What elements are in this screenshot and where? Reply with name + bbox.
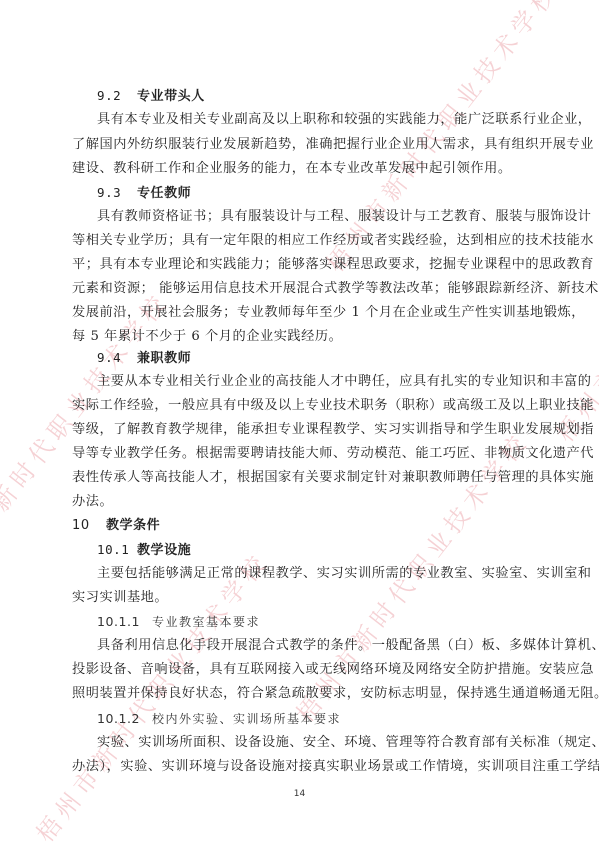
section-number: 9.2 — [97, 88, 137, 104]
paragraph-line: 实验、实训场所面积、设备设施、安全、环境、管理等符合教育部有关标准（规定、 — [97, 735, 532, 751]
section-number: 9.4 — [97, 350, 137, 366]
paragraph-line: 实际工作经验，一般应具有中级及以上专业技术职务（职称）或高级工及以上职业技能 — [72, 398, 532, 414]
section-title: 校内外实验、实训场所基本要求 — [152, 712, 341, 726]
section-heading: 9.4兼职教师 — [97, 350, 557, 367]
paragraph-line: 表性传承人等高技能人才，根据国家有关要求制定针对兼职教师聘任与管理的具体实施 — [72, 470, 532, 486]
section-number: 10 — [72, 518, 106, 534]
page-number: 14 — [0, 789, 599, 799]
section-title: 专业教室基本要求 — [152, 615, 260, 629]
paragraph-line: 实习实训基地。 — [72, 590, 532, 606]
section-title: 教学条件 — [106, 518, 160, 533]
paragraph-line: 主要从本专业相关行业企业的高技能人才中聘任，应具有扎实的专业知识和丰富的 — [97, 374, 532, 390]
section-heading: 10教学条件 — [72, 518, 532, 534]
paragraph-line: 导等专业教学任务。根据需要聘请技能大师、劳动模范、能工巧匠、非物质文化遗产代 — [72, 446, 532, 462]
document-page: 梧州市新时代职业技术学校梧州市新时代职业技术学校梧州市新时代职业技术学校梧州市新… — [0, 0, 599, 848]
section-heading: 9.2专业带头人 — [97, 88, 557, 105]
section-title: 教学设施 — [137, 543, 191, 558]
paragraph-line: 发展前沿，开展社会服务；专业教师每年至少 1 个月在企业或生产性实训基地锻炼， — [72, 305, 532, 321]
paragraph-line: 具有教师资格证书；具有服装设计与工程、服装设计与工艺教育、服装与服饰设计 — [97, 209, 532, 225]
paragraph-line: 平；具有本专业理论和实践能力；能够落实课程思政要求，挖掘专业课程中的思政教育 — [72, 257, 532, 273]
paragraph-line: 每 5 年累计不少于 6 个月的企业实践经历。 — [72, 329, 532, 345]
section-heading: 10.1教学设施 — [97, 542, 557, 559]
section-heading: 10.1.2校内外实验、实训场所基本要求 — [97, 711, 557, 727]
section-title: 兼职教师 — [137, 351, 191, 366]
section-title: 专任教师 — [137, 186, 191, 201]
paragraph-line: 照明装置并保持良好状态，符合紧急疏散要求，安防标志明显，保持逃生通道畅通无阻。 — [72, 686, 532, 702]
section-number: 10.1.2 — [97, 711, 152, 727]
paragraph-line: 等级，了解教育教学规律，能承担专业课程教学、实习实训指导和学生职业发展规划指 — [72, 422, 532, 438]
section-number: 10.1.1 — [97, 614, 152, 630]
paragraph-line: 办法），实验、实训环境与设备设施对接真实职业场景或工作情境，实训项目注重工学结 — [72, 759, 532, 775]
paragraph-line: 具有本专业及相关专业副高及以上职称和较强的实践能力，能广泛联系行业企业， — [97, 112, 532, 128]
paragraph-line: 元素和资源； 能够运用信息技术开展混合式教学等教法改革；能够跟踪新经济、新技术 — [72, 281, 532, 297]
section-title: 专业带头人 — [137, 89, 205, 104]
section-heading: 9.3专任教师 — [97, 185, 557, 202]
paragraph-line: 主要包括能够满足正常的课程教学、实习实训所需的专业教室、实验室、实训室和 — [97, 566, 532, 582]
paragraph-line: 建设、教科研工作和企业服务的能力，在本专业改革发展中起引领作用。 — [72, 161, 532, 177]
section-number: 9.3 — [97, 185, 137, 201]
paragraph-line: 了解国内外纺织服装行业发展新趋势，准确把握行业企业用人需求，具有组织开展专业 — [72, 137, 532, 153]
paragraph-line: 办法。 — [72, 494, 532, 510]
paragraph-line: 具备利用信息化手段开展混合式教学的条件。一般配备黑（白）板、多媒体计算机、 — [97, 638, 532, 654]
section-heading: 10.1.1专业教室基本要求 — [97, 614, 557, 630]
section-number: 10.1 — [97, 542, 137, 558]
paragraph-line: 投影设备、音响设备，具有互联网接入或无线网络环境及网络安全防护措施。安装应急 — [72, 662, 532, 678]
paragraph-line: 等相关专业学历；具有一定年限的相应工作经历或者实践经验，达到相应的技术技能水 — [72, 233, 532, 249]
